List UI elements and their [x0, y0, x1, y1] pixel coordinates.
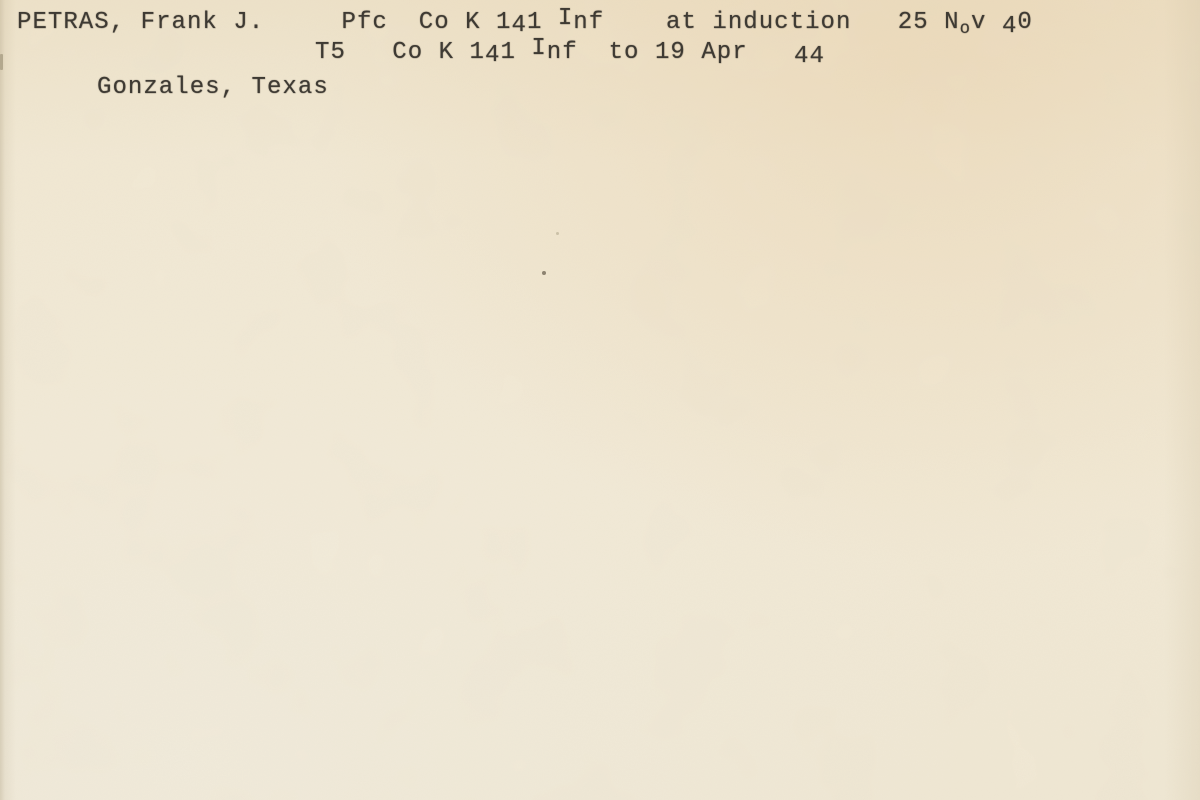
edge-notch [0, 54, 3, 70]
paper-texture [0, 0, 1200, 800]
typed-line-1: PETRAS, Frank J. Pfc Co K 141 Inf at ind… [17, 8, 1033, 40]
typed-line-2: T5 Co K 141 Inf to 19 Apr 44 [315, 38, 825, 68]
typed-line-3: Gonzales, Texas [97, 73, 329, 103]
paper-speck [542, 271, 546, 275]
paper-speck [556, 232, 559, 235]
index-card: PETRAS, Frank J. Pfc Co K 141 Inf at ind… [0, 0, 1200, 800]
